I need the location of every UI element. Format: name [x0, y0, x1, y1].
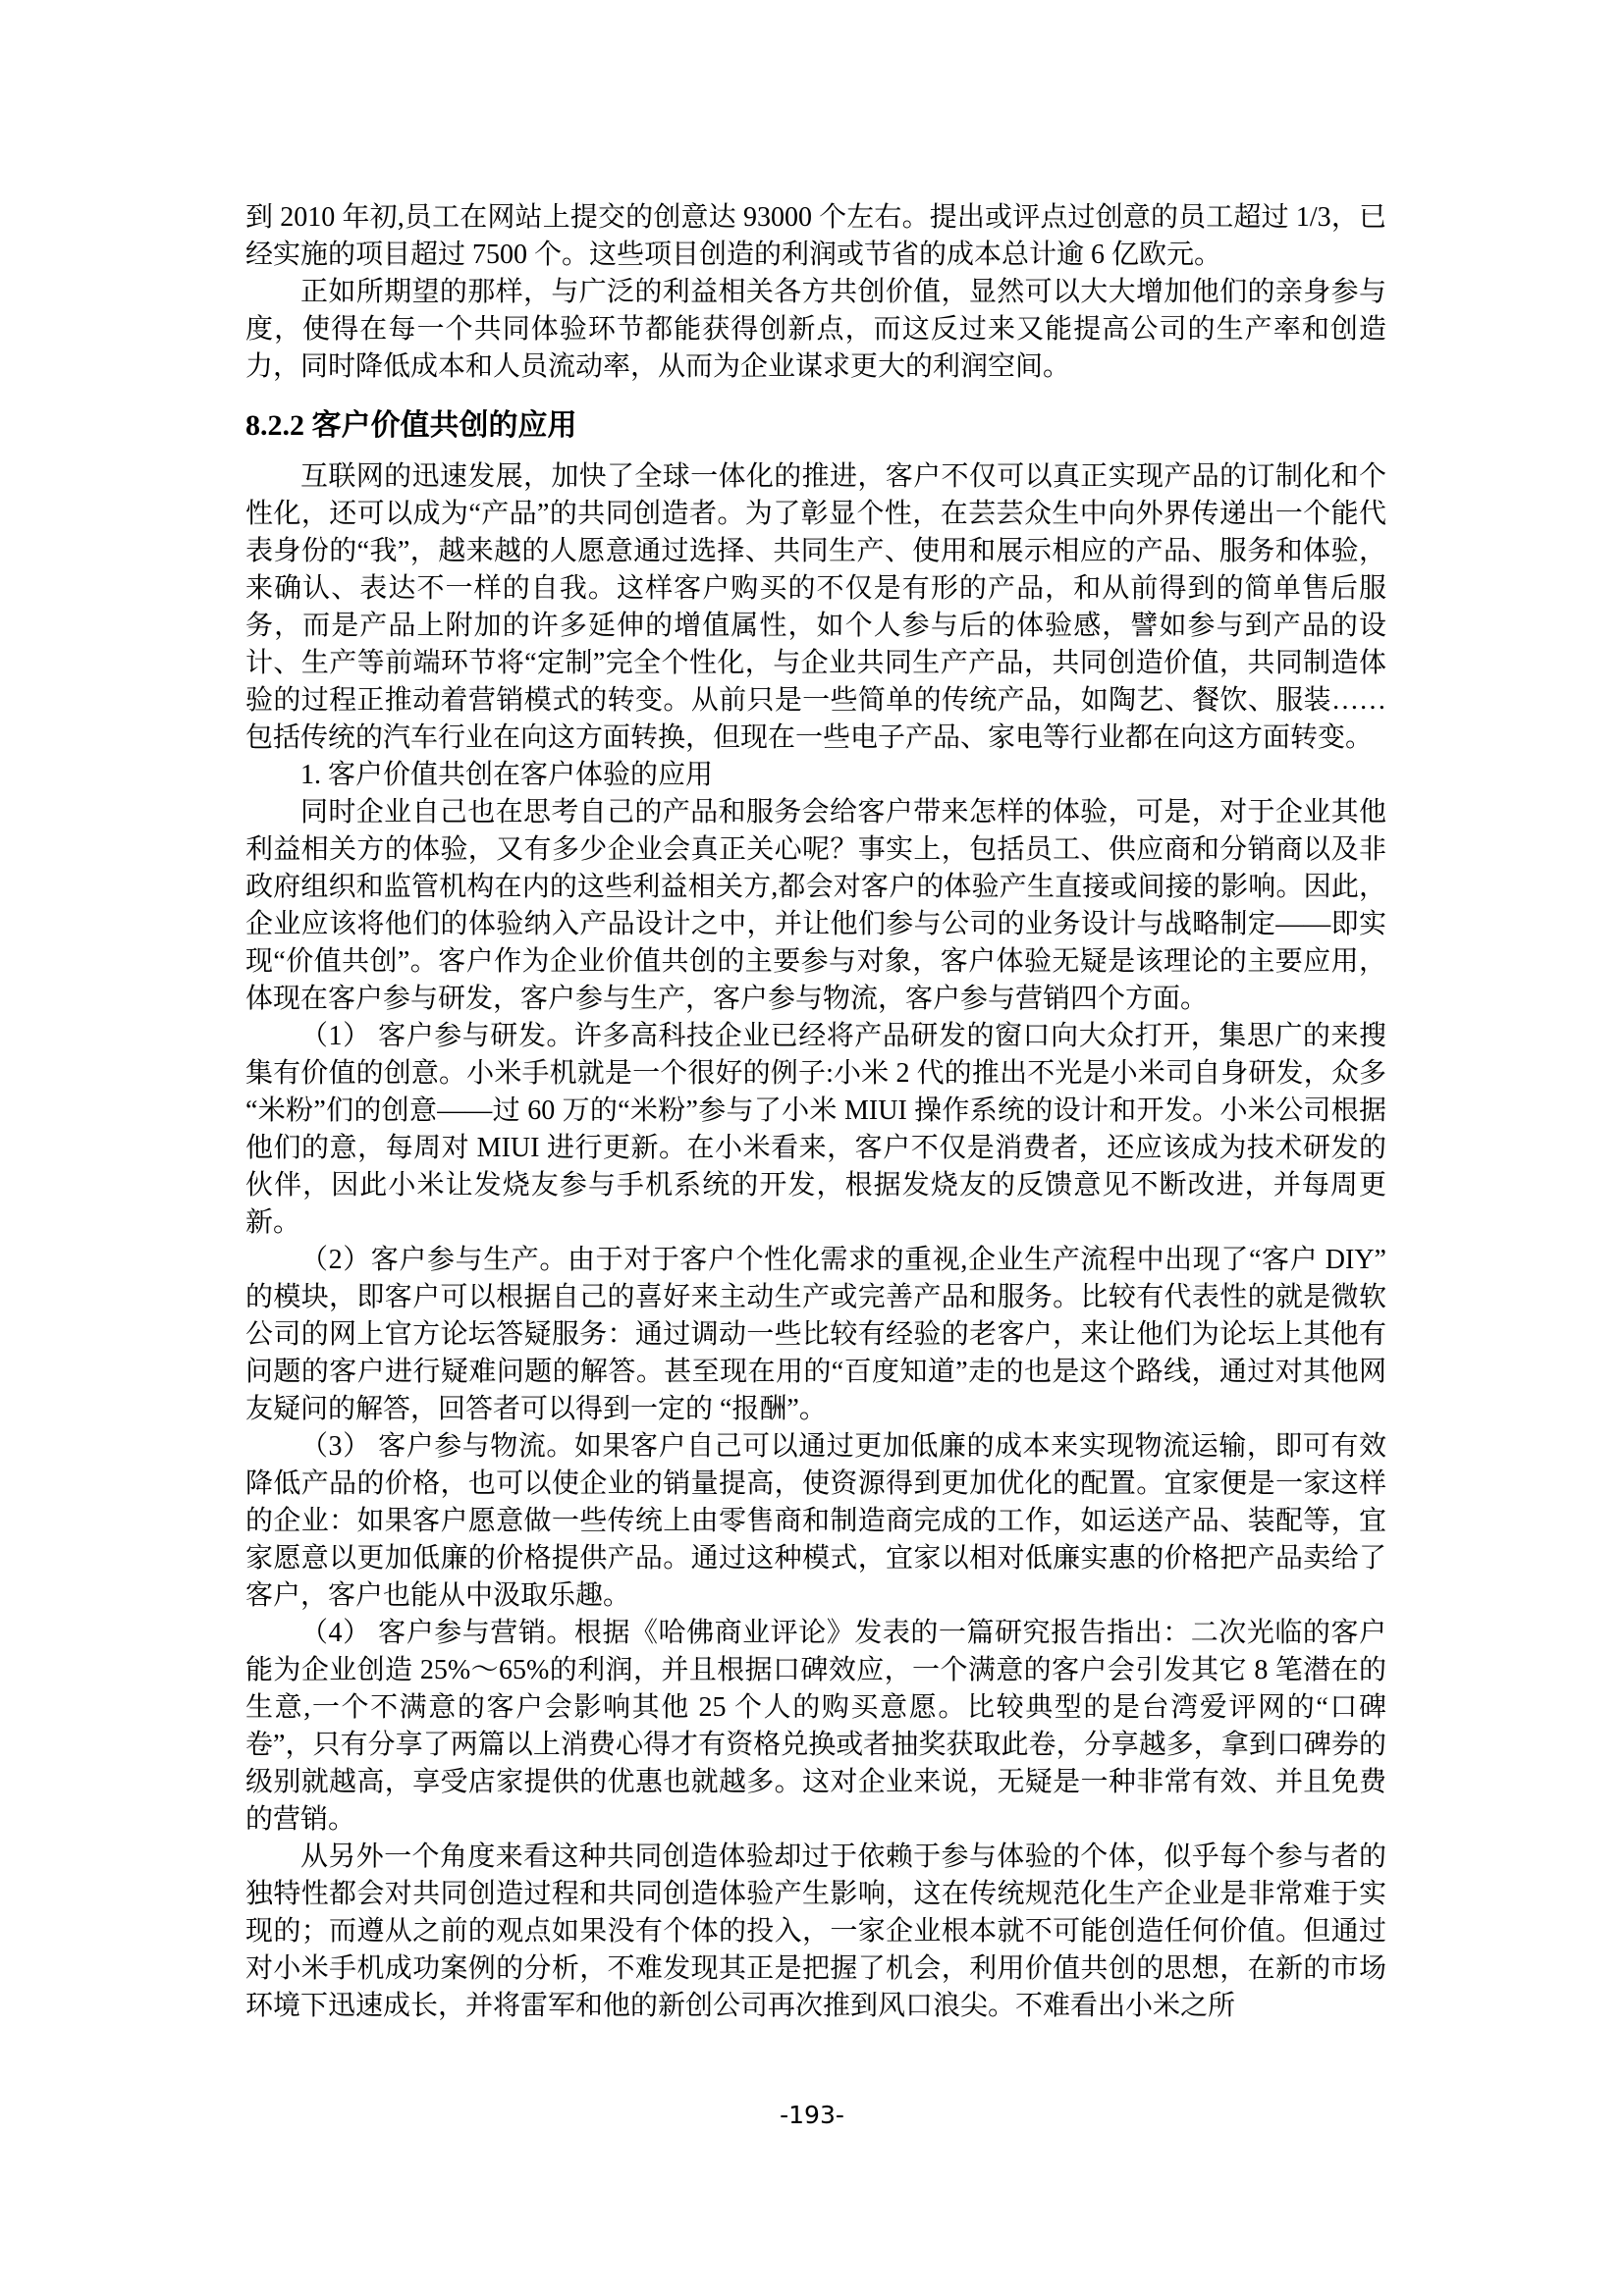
body-paragraph: （3） 客户参与物流。如果客户自己可以通过更加低廉的成本来实现物流运输，即可有效… — [245, 1428, 1386, 1615]
sub-heading: 1. 客户价值共创在客户体验的应用 — [245, 757, 1386, 794]
body-paragraph: 正如所期望的那样，与广泛的利益相关各方共创价值，显然可以大大增加他们的亲身参与度… — [245, 274, 1386, 386]
page-number: -193- — [0, 2101, 1624, 2129]
body-paragraph: （2）客户参与生产。由于对于客户个性化需求的重视,企业生产流程中出现了“客户 D… — [245, 1242, 1386, 1428]
document-page: 到 2010 年初,员工在网站上提交的创意达 93000 个左右。提出或评点过创… — [0, 0, 1624, 2296]
body-paragraph: （4） 客户参与营销。根据《哈佛商业评论》发表的一篇研究报告指出：二次光临的客户… — [245, 1615, 1386, 1839]
body-paragraph: 从另外一个角度来看这种共同创造体验却过于依赖于参与体验的个体，似乎每个参与者的独… — [245, 1839, 1386, 2025]
body-paragraph: 同时企业自己也在思考自己的产品和服务会给客户带来怎样的体验，可是，对于企业其他利… — [245, 794, 1386, 1018]
body-paragraph: 互联网的迅速发展，加快了全球一体化的推进，客户不仅可以真正实现产品的订制化和个性… — [245, 458, 1386, 757]
body-paragraph: 到 2010 年初,员工在网站上提交的创意达 93000 个左右。提出或评点过创… — [245, 199, 1386, 274]
body-paragraph: （1） 客户参与研发。许多高科技企业已经将产品研发的窗口向大众打开，集思广的来搜… — [245, 1018, 1386, 1242]
document-content: 到 2010 年初,员工在网站上提交的创意达 93000 个左右。提出或评点过创… — [245, 199, 1386, 2025]
section-heading: 8.2.2 客户价值共创的应用 — [245, 407, 1386, 445]
